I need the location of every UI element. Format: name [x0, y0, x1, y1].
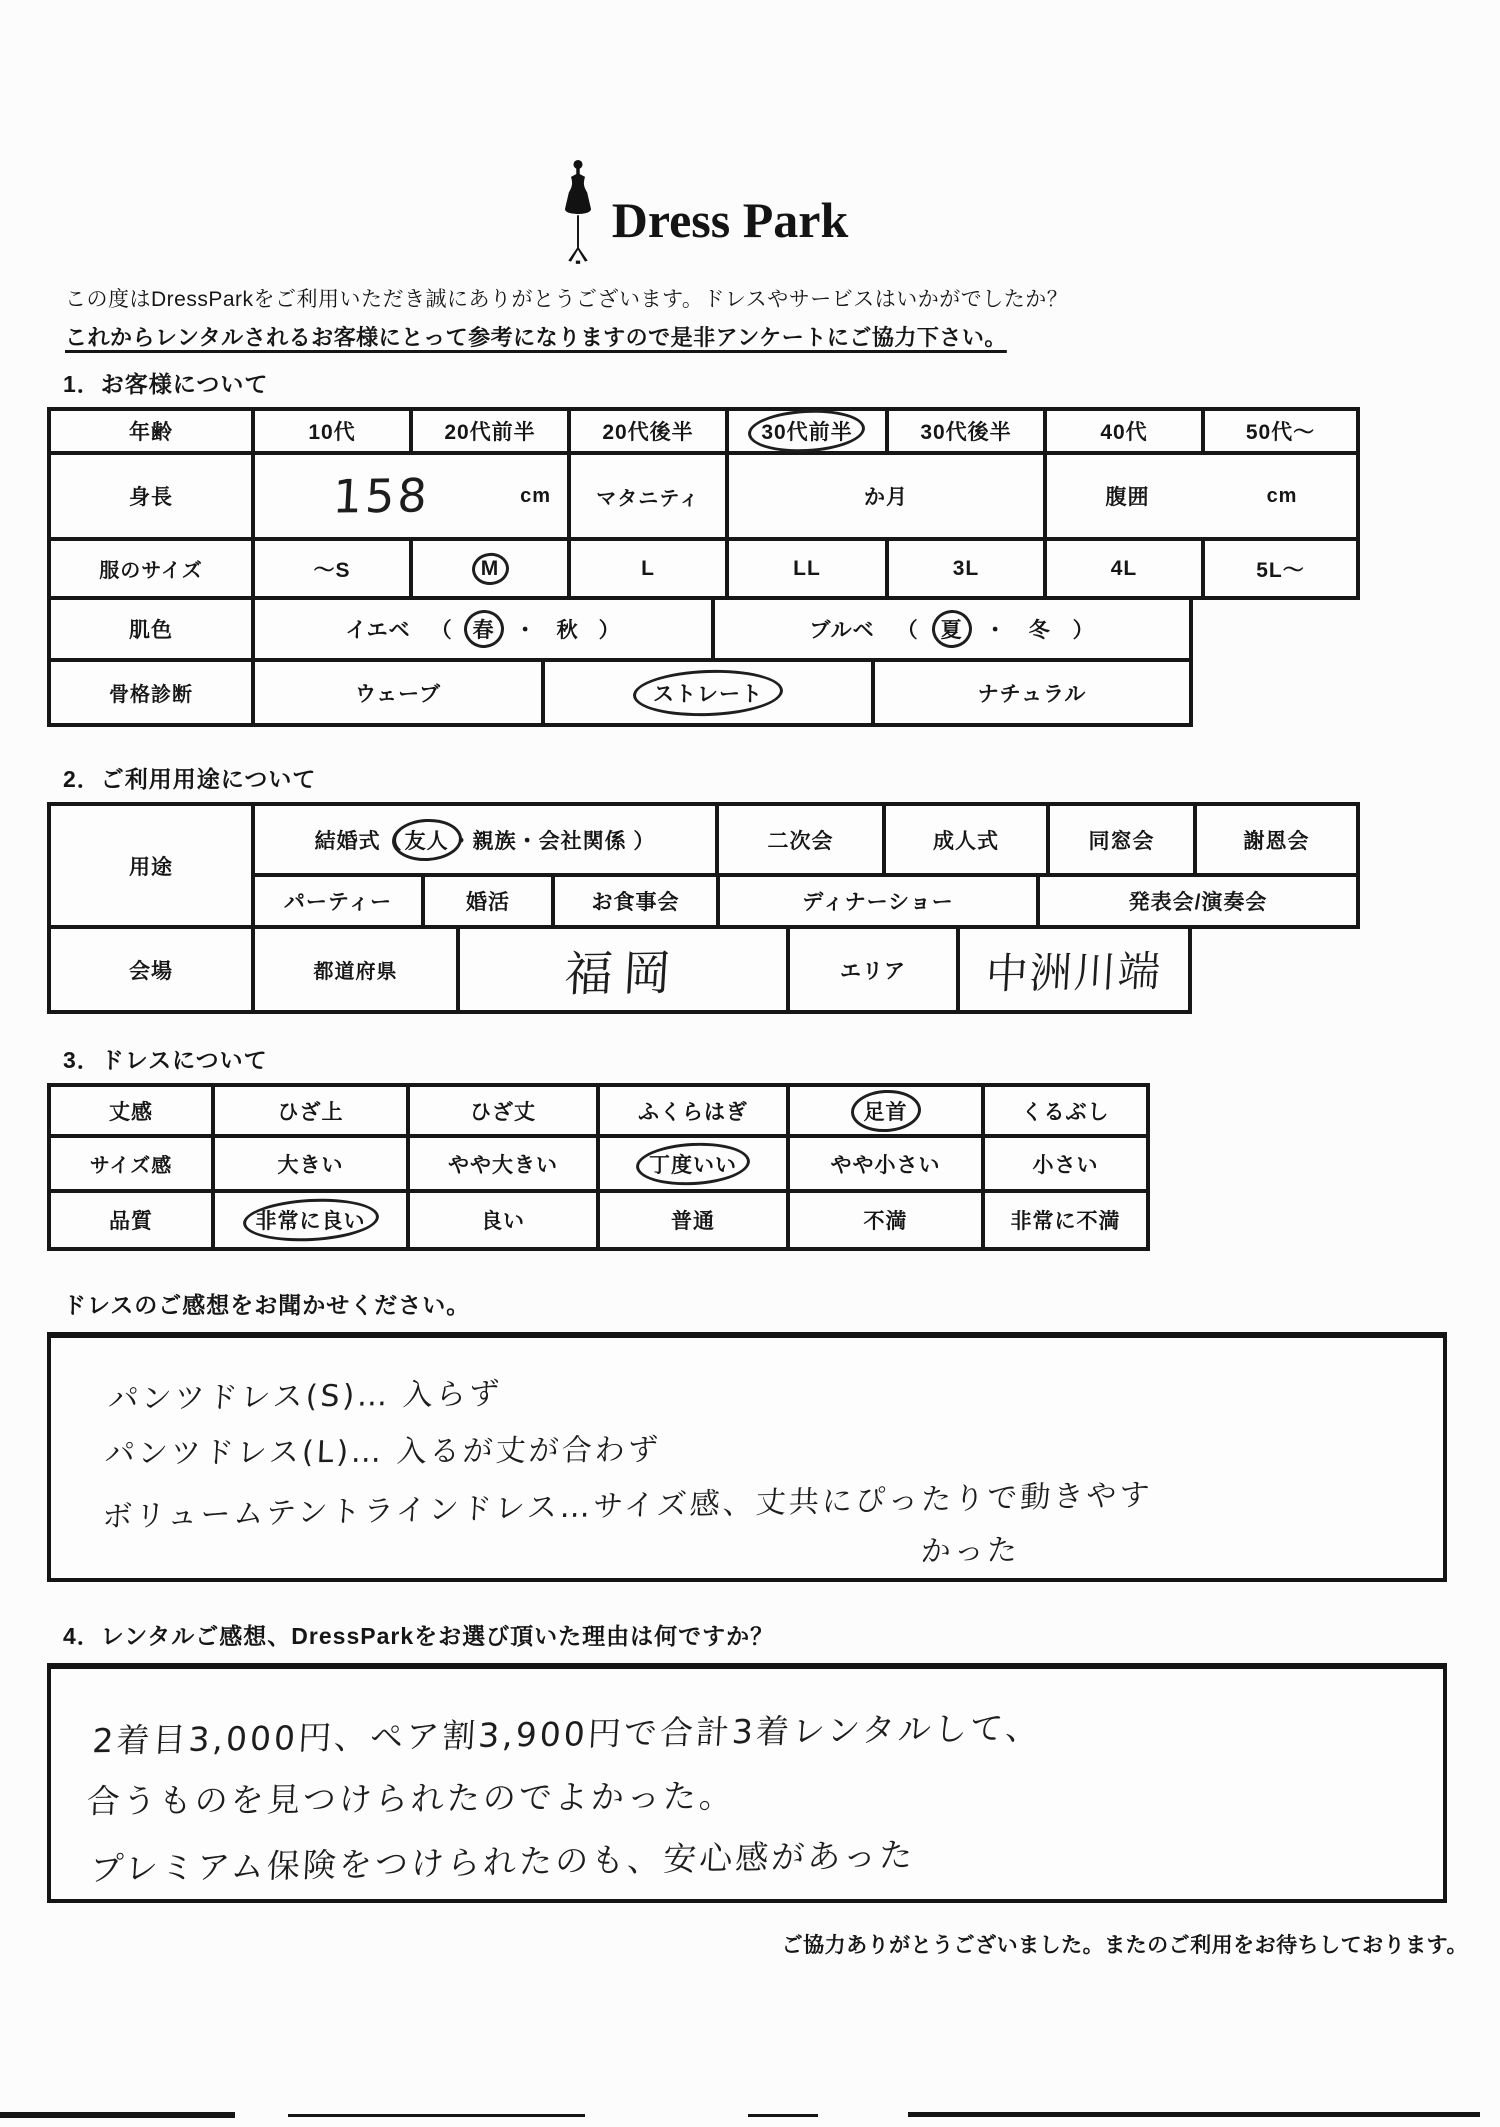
height-value: 158	[331, 468, 431, 523]
scan-artifact	[0, 2112, 235, 2118]
logo: Dress Park	[0, 158, 1452, 271]
spring-option-selected: 春	[473, 614, 495, 644]
table-row-purpose-2: パーティー 婚活 お食事会 ディナーショー 発表会/演奏会	[255, 877, 1360, 929]
quality-option-selected: 非常に良い	[256, 1205, 366, 1235]
size-option: 3L	[953, 557, 980, 581]
wedding-option: 結婚式（	[315, 825, 403, 855]
scanned-survey-page: Dress Park この度はDressParkをご利用いただき誠にありがとうご…	[0, 0, 1500, 2127]
feedback-box: パンツドレス(S)… 入らず パンツドレス(L)… 入るが丈が合わず ボリューム…	[47, 1332, 1447, 1582]
purpose-option: 婚活	[466, 886, 510, 916]
purpose-option: パーティー	[284, 886, 392, 916]
dress-table: 丈感 ひざ上 ひざ丈 ふくらはぎ 足首 くるぶし サイズ感 大きい やや大きい …	[47, 1083, 1500, 1251]
handwritten-line: パンツドレス(S)… 入らず	[107, 1365, 1414, 1418]
winter-option: 冬	[1029, 614, 1051, 644]
age-option: 20代後半	[602, 416, 693, 446]
intro-request: これからレンタルされるお客様にとって参考になりますので是非アンケートにご協力下さ…	[65, 321, 1500, 352]
table-row-age: 年齢 10代 20代前半 20代後半 30代前半 30代後半 40代 50代～	[47, 407, 1500, 455]
waist-unit: cm	[1267, 485, 1298, 508]
purpose-label: 用途	[129, 851, 173, 881]
feedback-label: ドレスのご感想をお聞かせください。	[63, 1287, 1500, 1320]
table-row-purpose-1: 結婚式（ 友人 ・親族・会社関係 ） 二次会 成人式 同窓会 謝恩会	[255, 802, 1360, 877]
purpose-option: ディナーショー	[802, 886, 953, 916]
purpose-option: 謝恩会	[1244, 825, 1310, 855]
age-option: 20代前半	[444, 416, 535, 446]
age-label: 年齢	[129, 416, 173, 446]
logo-text: Dress Park	[612, 195, 849, 271]
usage-table: 用途 結婚式（ 友人 ・親族・会社関係 ） 二次会 成人式 同窓会 謝恩会	[47, 802, 1500, 1014]
purpose-option: 発表会/演奏会	[1129, 886, 1268, 916]
paren: （	[431, 614, 453, 644]
fit-option: やや大きい	[448, 1149, 558, 1179]
section3-title: 3．ドレスについて	[63, 1042, 1500, 1075]
handwritten-line: 合うものを見つけられたのでよかった。	[86, 1771, 1414, 1821]
quality-option: 不満	[864, 1205, 908, 1235]
skeleton-option: ナチュラル	[978, 678, 1087, 708]
footer-note: ご協力ありがとうございました。またのご利用をお待ちしております。	[47, 1929, 1500, 1959]
size-label: 服のサイズ	[99, 554, 202, 583]
handwritten-line: パンツドレス(L)… 入るが丈が合わず	[104, 1428, 1414, 1472]
table-row-length: 丈感 ひざ上 ひざ丈 ふくらはぎ 足首 くるぶし	[47, 1083, 1500, 1138]
fit-option: 大きい	[278, 1149, 344, 1179]
yellow-base-label: イエベ	[345, 614, 410, 644]
area-value: 中洲川端	[984, 938, 1164, 1000]
paren: （	[897, 614, 919, 644]
size-option: L	[641, 557, 655, 581]
table-row-height: 身長 158 cm マタニティ か月 腹囲 cm	[47, 455, 1500, 541]
paren: ）	[599, 614, 621, 644]
length-label: 丈感	[109, 1096, 153, 1126]
purpose-row-group: 用途 結婚式（ 友人 ・親族・会社関係 ） 二次会 成人式 同窓会 謝恩会	[47, 802, 1500, 929]
table-row-venue: 会場 都道府県 福岡 エリア 中洲川端	[47, 929, 1500, 1014]
purpose-option: 二次会	[768, 825, 834, 855]
section1-title: 1．お客様について	[63, 366, 1500, 399]
fit-option: 小さい	[1033, 1149, 1099, 1179]
table-row-skin: 肌色 イエベ （ 春 ・ 秋 ） ブルベ （ 夏 ・ 冬 ）	[47, 600, 1500, 662]
paren: ）	[1073, 614, 1095, 644]
wedding-guest-selected: 友人	[405, 825, 449, 855]
age-option: 40代	[1100, 416, 1147, 446]
skeleton-option: ウェーブ	[355, 678, 441, 708]
quality-option: 非常に不満	[1011, 1205, 1121, 1235]
quality-label: 品質	[109, 1205, 153, 1235]
skin-label: 肌色	[129, 614, 173, 644]
length-option: ふくらはぎ	[638, 1096, 748, 1126]
fit-label: サイズ感	[90, 1149, 172, 1178]
quality-option: 良い	[481, 1205, 525, 1235]
length-option: くるぶし	[1022, 1096, 1110, 1126]
skeleton-option-selected: ストレート	[653, 678, 763, 708]
section4-title: 4．レンタルご感想、DressParkをお選び頂いた理由は何ですか？	[63, 1618, 1500, 1651]
table-row-fit: サイズ感 大きい やや大きい 丁度いい やや小さい 小さい	[47, 1138, 1500, 1193]
blue-base-label: ブルベ	[809, 614, 874, 644]
prefecture-value: 福岡	[563, 934, 683, 1005]
waist-label: 腹囲	[1106, 481, 1150, 511]
venue-label: 会場	[129, 955, 173, 985]
table-row-quality: 品質 非常に良い 良い 普通 不満 非常に不満	[47, 1193, 1500, 1251]
reason-box: 2着目3,000円、ペア割3,900円で合計3着レンタルして、 合うものを見つけ…	[47, 1663, 1447, 1903]
age-option: 10代	[308, 416, 355, 446]
table-row-skeleton: 骨格診断 ウェーブ ストレート ナチュラル	[47, 662, 1500, 727]
skeleton-label: 骨格診断	[109, 678, 193, 707]
size-option-selected: M	[481, 557, 500, 581]
purpose-option: 同窓会	[1089, 825, 1155, 855]
maternity-label: マタニティ	[596, 482, 699, 511]
size-option: LL	[793, 557, 821, 581]
size-option: ～S	[313, 554, 350, 584]
wedding-option: ・親族・会社関係 ）	[451, 825, 656, 855]
purpose-option: 成人式	[933, 825, 999, 855]
dress-form-icon	[556, 158, 600, 271]
fit-option: やや小さい	[831, 1149, 941, 1179]
summer-option-selected: 夏	[941, 614, 963, 644]
scan-artifact	[288, 2114, 585, 2117]
handwritten-line: プレミアム保険をつけられたのも、安心感があった	[89, 1827, 1414, 1888]
separator-dot: ・	[515, 614, 537, 644]
age-option: 30代後半	[920, 416, 1011, 446]
handwritten-line: 2着目3,000円、ペア割3,900円で合計3着レンタルして、	[91, 1704, 1414, 1760]
handwritten-line: ボリュームテントラインドレス…サイズ感、丈共にぴったりで動きやす	[101, 1473, 1414, 1535]
prefecture-label: 都道府県	[314, 955, 398, 984]
height-label: 身長	[129, 481, 173, 511]
height-unit: cm	[520, 485, 551, 508]
size-option: 5L～	[1256, 554, 1305, 584]
age-option: 50代～	[1246, 416, 1315, 446]
fit-option-selected: 丁度いい	[649, 1149, 737, 1179]
intro-thanks: この度はDressParkをご利用いただき誠にありがとうございます。ドレスやサー…	[65, 283, 1500, 313]
length-option-selected: 足首	[864, 1096, 908, 1126]
size-option: 4L	[1111, 557, 1138, 581]
separator-dot: ・	[985, 614, 1007, 644]
scan-artifact	[908, 2112, 1480, 2117]
age-option-selected: 30代前半	[761, 416, 852, 446]
quality-option: 普通	[671, 1205, 715, 1235]
months-label: か月	[864, 481, 908, 511]
scan-artifact	[748, 2114, 818, 2117]
area-label: エリア	[840, 955, 906, 985]
section2-title: 2．ご利用用途について	[63, 761, 1500, 794]
autumn-option: 秋	[557, 614, 579, 644]
table-row-size: 服のサイズ ～S M L LL 3L 4L 5L～	[47, 541, 1500, 600]
length-option: ひざ上	[278, 1096, 344, 1126]
handwritten-line: かった	[920, 1528, 1414, 1569]
purpose-option: お食事会	[592, 886, 680, 916]
customer-table: 年齢 10代 20代前半 20代後半 30代前半 30代後半 40代 50代～ …	[47, 407, 1500, 727]
length-option: ひざ丈	[470, 1096, 536, 1126]
